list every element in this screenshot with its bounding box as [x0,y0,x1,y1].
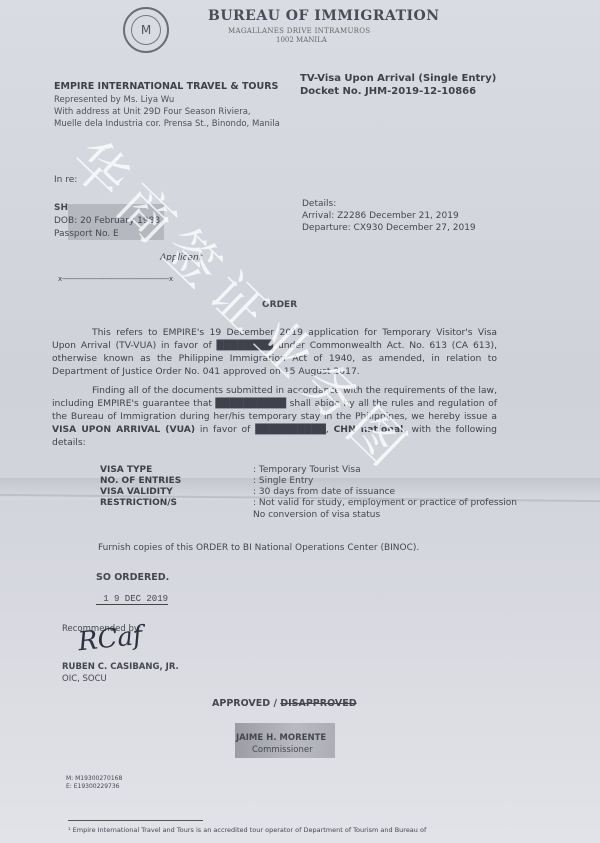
applicant-dob: DOB: 20 February 1988 [54,216,160,226]
approved-label: APPROVED / [212,698,280,709]
order-paragraph-1: This refers to EMPIRE's 19 December 2019… [52,326,497,378]
footnote-divider [68,820,203,821]
bureau-address-line1: MAGALLANES DRIVE INTRAMUROS [228,27,370,35]
vua-emphasis: VISA UPON ARRIVAL (VUA) [52,424,195,435]
agency-address-line1: With address at Unit 29D Four Season Riv… [54,107,251,117]
visa-row-label: VISA VALIDITY [100,487,260,497]
visa-row-label: RESTRICTION/S [100,498,260,508]
applicant-name: SH [54,203,68,213]
visa-row-label: NO. OF ENTRIES [100,476,260,486]
order-paragraph-2-text-a: Finding all of the documents submitted i… [52,385,497,422]
order-paragraph-2-text-b: in favor of ██████████, [195,424,333,435]
separator-line: x---------------------------------------… [58,275,268,283]
recommender-name: RUBEN C. CASIBANG, JR. [62,662,179,672]
docket-number: Docket No. JHM-2019-12-10866 [300,86,476,97]
bureau-seal-icon: M [123,7,169,53]
footnote-text: ¹ Empire International Travel and Tours … [68,826,426,834]
signature-ruben: RCaf [77,621,144,658]
recommender-title: OIC, SOCU [62,674,107,684]
ref-m: M: M19300270168 [66,775,122,782]
applicant-label: Applicant [160,253,202,263]
visa-row-value: : 30 days from date of issuance [253,487,395,497]
in-re-label: In re: [54,175,77,185]
arrival-info: Arrival: Z2286 December 21, 2019 [302,211,459,221]
seal-emblem-icon: M [131,15,161,45]
departure-info: Departure: CX930 December 27, 2019 [302,223,476,233]
case-type: TV-Visa Upon Arrival (Single Entry) [300,73,496,84]
commissioner-title: Commissioner [252,745,313,755]
visa-row-label: VISA TYPE [100,465,260,475]
agency-name: EMPIRE INTERNATIONAL TRAVEL & TOURS [54,81,278,92]
visa-row-value: : Not valid for study, employment or pra… [253,498,517,508]
applicant-passport: Passport No. E [54,229,119,239]
bureau-address-line2: 1002 MANILA [276,36,327,44]
nationality-emphasis: CHN national, [334,424,407,435]
visa-row-value: No conversion of visa status [253,510,380,520]
commissioner-name: JAIME H. MORENTE [236,733,326,743]
agency-representative: Represented by Ms. Liya Wu [54,95,174,105]
visa-row-value: : Temporary Tourist Visa [253,465,361,475]
disapproved-struck: DISAPPROVED [280,698,356,709]
details-heading: Details: [302,199,336,209]
furnish-instruction: Furnish copies of this ORDER to BI Natio… [98,543,419,553]
so-ordered: SO ORDERED. [96,572,169,583]
order-paragraph-2: Finding all of the documents submitted i… [52,384,497,449]
ref-e: E: E19300229736 [66,783,120,790]
approval-status: APPROVED / DISAPPROVED [212,698,357,709]
agency-address-line2: Muelle dela Industria cor. Prensa St., B… [54,119,280,129]
date-stamp: 1 9 DEC 2019 [96,594,168,605]
bureau-title: BUREAU OF IMMIGRATION [208,8,440,24]
visa-row-value: : Single Entry [253,476,313,486]
order-heading: ORDER [262,300,297,310]
